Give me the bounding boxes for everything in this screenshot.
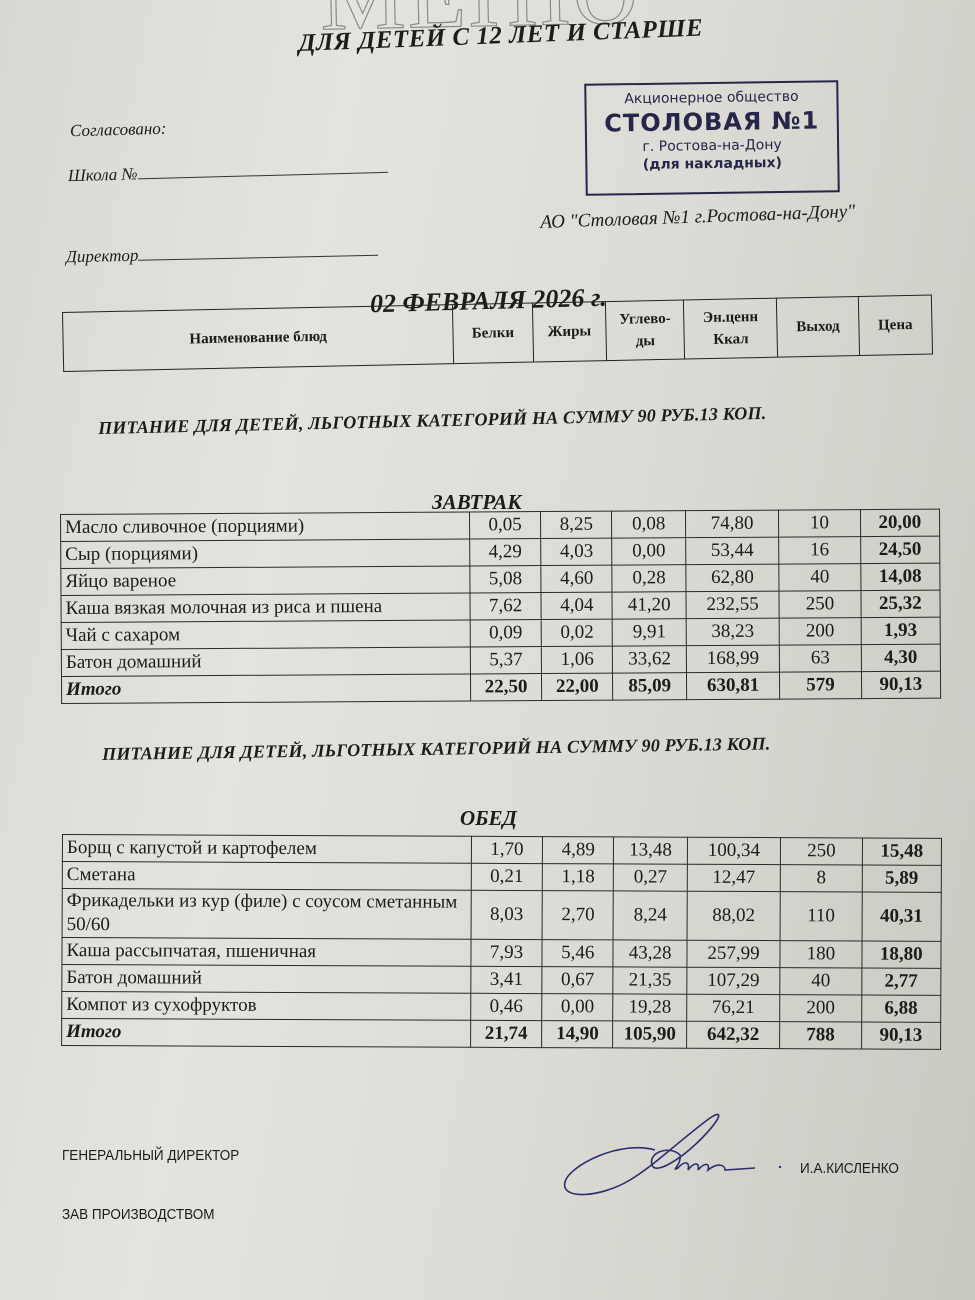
stamp-line-2: СТОЛОВАЯ №1 (587, 106, 837, 137)
dish-name: Каша вязкая молочная из риса и пшена (61, 593, 470, 622)
column-header-table: Наименование блюдБелкиЖирыУглево- дыЭн.ц… (62, 295, 933, 372)
cell-price: 20,00 (860, 509, 940, 536)
table-row: Компот из сухофруктов0,460,0019,2876,212… (62, 992, 941, 1023)
cell-carbs: 0,00 (612, 538, 685, 565)
dish-name: Масло сливочное (порциями) (61, 512, 470, 541)
column-header: Эн.ценн Ккал (684, 298, 778, 359)
cell-protein: 22,50 (470, 674, 541, 701)
cell-price: 5,89 (862, 865, 942, 892)
cell-carbs: 8,24 (614, 891, 688, 940)
column-header: Цена (858, 295, 932, 355)
dish-name: Чай с сахаром (61, 620, 470, 649)
cell-carbs: 41,20 (612, 592, 685, 619)
dish-name: Каша рассыпчатая, пшеничная (62, 938, 471, 967)
cell-carbs: 0,27 (614, 864, 687, 891)
total-row: Итого21,7414,90105,90642,3278890,13 (62, 1019, 941, 1050)
cell-kcal: 76,21 (687, 994, 781, 1021)
cell-carbs: 43,28 (613, 940, 686, 967)
dish-name: Борщ с капустой и картофелем (62, 835, 471, 864)
cell-carbs: 0,28 (612, 565, 685, 592)
cell-protein: 5,08 (470, 566, 541, 593)
cell-price: 1,93 (861, 617, 941, 644)
cell-kcal: 168,99 (686, 645, 780, 673)
menu-document: МЕНЮ ДЛЯ ДЕТЕЙ С 12 ЛЕТ И СТАРШЕ Согласо… (0, 0, 975, 1300)
cell-fat: 8,25 (541, 511, 612, 538)
column-header: Белки (453, 303, 533, 364)
cell-kcal: 107,29 (687, 967, 781, 994)
director-signature-line (138, 255, 378, 261)
breakfast-table: Масло сливочное (порциями)0,058,250,0874… (60, 509, 941, 704)
cell-fat: 1,06 (541, 646, 612, 673)
cell-carbs: 9,91 (613, 619, 686, 646)
cell-yield: 110 (780, 892, 862, 941)
cell-protein: 3,41 (471, 966, 542, 993)
cell-protein: 21,74 (470, 1020, 541, 1047)
cell-yield: 200 (780, 995, 861, 1022)
dish-name: Батон домашний (62, 965, 471, 994)
section-note-breakfast: ПИТАНИЕ ДЛЯ ДЕТЕЙ, ЛЬГОТНЫХ КАТЕГОРИЙ НА… (98, 403, 767, 439)
cell-fat: 14,90 (542, 1021, 613, 1048)
dish-name: Яйцо вареное (61, 566, 470, 595)
cell-carbs: 13,48 (614, 837, 687, 864)
cell-price: 18,80 (862, 941, 942, 968)
cell-fat: 2,70 (542, 891, 614, 940)
stamp-line-3: г. Ростова-на-Дону (587, 136, 837, 155)
cell-price: 4,30 (861, 644, 941, 671)
cell-carbs: 19,28 (613, 994, 686, 1021)
school-field: Школа № (68, 158, 388, 186)
cell-price: 90,13 (861, 671, 941, 698)
stamp-line-1: Акционерное общество (586, 88, 836, 107)
cell-yield: 250 (781, 838, 862, 865)
cell-yield: 8 (780, 865, 861, 892)
cell-carbs: 21,35 (613, 967, 686, 994)
cell-kcal: 53,44 (685, 537, 779, 565)
cell-fat: 4,03 (541, 538, 612, 565)
cell-protein: 7,93 (471, 939, 542, 966)
table-row: Батон домашний3,410,6721,35107,29402,77 (62, 965, 941, 996)
lunch-table: Борщ с капустой и картофелем1,704,8913,4… (61, 834, 942, 1050)
cell-fat: 1,18 (542, 864, 613, 891)
table-row: Сметана0,211,180,2712,4785,89 (62, 862, 941, 893)
column-header: Наименование блюд (63, 305, 454, 372)
stamp-line-4: (для накладных) (587, 154, 837, 173)
cell-carbs: 33,62 (613, 646, 686, 673)
director-field: Директор (66, 241, 379, 268)
cell-fat: 0,00 (542, 994, 613, 1021)
table-row: Фрикадельки из кур (филе) с соусом смета… (62, 889, 941, 942)
cell-yield: 40 (780, 968, 861, 995)
cell-yield: 16 (779, 537, 861, 564)
dish-name: Итого (62, 1019, 471, 1048)
cell-price: 14,08 (860, 563, 940, 590)
cell-price: 15,48 (862, 838, 942, 865)
dish-name: Итого (61, 674, 470, 703)
director-label: Директор (66, 246, 139, 267)
cell-kcal: 62,80 (686, 564, 780, 592)
school-signature-line (138, 172, 388, 180)
dish-name: Компот из сухофруктов (62, 992, 471, 1021)
cell-kcal: 232,55 (686, 591, 780, 619)
dish-name: Батон домашний (61, 647, 470, 676)
cell-protein: 8,03 (471, 890, 543, 939)
cell-yield: 63 (780, 645, 862, 672)
cell-kcal: 630,81 (686, 672, 780, 700)
cell-price: 6,88 (861, 995, 941, 1022)
cell-kcal: 38,23 (686, 618, 780, 646)
cell-price: 40,31 (862, 892, 942, 941)
cell-price: 2,77 (861, 968, 941, 995)
cell-kcal: 12,47 (687, 864, 781, 891)
cell-price: 25,32 (861, 590, 941, 617)
cell-fat: 4,60 (541, 565, 612, 592)
signatory-name: И.А.КИСЛЕНКО (800, 1160, 899, 1177)
table-row: Борщ с капустой и картофелем1,704,8913,4… (62, 835, 941, 866)
column-header-row: Наименование блюдБелкиЖирыУглево- дыЭн.ц… (63, 295, 933, 371)
table-row: Каша рассыпчатая, пшеничная7,935,4643,28… (62, 938, 941, 969)
production-head-label: ЗАВ ПРОИЗВОДСТВОМ (62, 1206, 214, 1223)
cell-yield: 200 (779, 618, 861, 645)
cell-fat: 4,04 (541, 592, 612, 619)
section-note-lunch: ПИТАНИЕ ДЛЯ ДЕТЕЙ, ЛЬГОТНЫХ КАТЕГОРИЙ НА… (102, 734, 771, 765)
cell-price: 24,50 (860, 536, 940, 563)
company-name: АО "Столовая №1 г.Ростова-на-Дону" (540, 201, 856, 234)
cell-kcal: 88,02 (687, 891, 781, 940)
column-header: Жиры (532, 302, 607, 362)
dish-name: Сыр (порциями) (61, 539, 470, 568)
cell-protein: 0,05 (469, 512, 540, 539)
cell-yield: 40 (779, 564, 861, 591)
cell-fat: 0,67 (542, 967, 613, 994)
column-header: Углево- ды (606, 300, 685, 361)
company-stamp: Акционерное общество СТОЛОВАЯ №1 г. Рост… (584, 80, 840, 196)
cell-kcal: 257,99 (687, 940, 781, 967)
cell-carbs: 85,09 (613, 673, 686, 700)
cell-protein: 0,21 (471, 863, 542, 890)
cell-yield: 180 (780, 941, 861, 968)
dish-name: Фрикадельки из кур (филе) с соусом смета… (62, 889, 471, 940)
cell-fat: 22,00 (542, 673, 613, 700)
cell-kcal: 642,32 (686, 1021, 780, 1048)
school-label: Школа № (68, 164, 138, 185)
cell-protein: 0,46 (471, 993, 542, 1020)
dish-name: Сметана (62, 862, 471, 891)
meal-title-lunch: ОБЕД (460, 806, 517, 831)
cell-yield: 10 (779, 510, 861, 537)
cell-kcal: 74,80 (685, 510, 779, 538)
cell-fat: 5,46 (542, 940, 613, 967)
cell-yield: 579 (780, 672, 862, 699)
cell-fat: 0,02 (541, 619, 612, 646)
approved-label: Согласовано: (70, 119, 167, 142)
general-director-label: ГЕНЕРАЛЬНЫЙ ДИРЕКТОР (62, 1147, 239, 1164)
signature-mark (560, 1110, 800, 1200)
cell-carbs: 105,90 (613, 1021, 686, 1048)
cell-yield: 788 (780, 1022, 861, 1049)
cell-yield: 250 (779, 591, 861, 618)
column-header: Выход (777, 297, 859, 358)
cell-protein: 4,29 (470, 539, 541, 566)
cell-protein: 1,70 (471, 836, 542, 863)
cell-protein: 7,62 (470, 593, 541, 620)
cell-protein: 5,37 (470, 647, 541, 674)
cell-price: 90,13 (861, 1022, 941, 1049)
cell-carbs: 0,08 (612, 511, 685, 538)
cell-kcal: 100,34 (687, 837, 781, 864)
cell-protein: 0,09 (470, 620, 541, 647)
cell-fat: 4,89 (543, 837, 614, 864)
total-row: Итого22,5022,0085,09630,8157990,13 (61, 671, 940, 703)
